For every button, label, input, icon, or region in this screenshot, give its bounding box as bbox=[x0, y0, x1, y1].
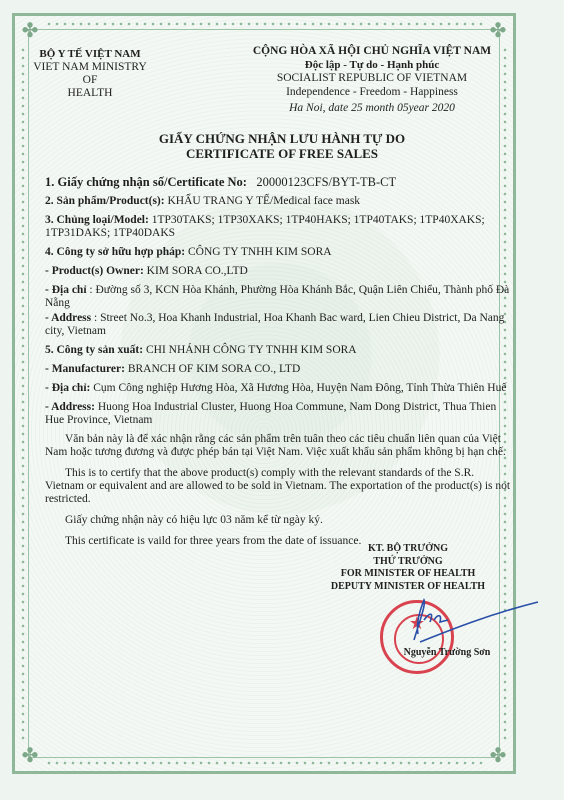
field-value: BRANCH OF KIM SORA CO., LTD bbox=[128, 363, 300, 375]
field-label: - Manufacturer: bbox=[45, 363, 125, 375]
field-label: 5. Công ty sản xuất: bbox=[45, 344, 143, 356]
issue-date: Ha Noi, date 25 month 05year 2020 bbox=[222, 102, 522, 116]
field-owner-address-vi: - Địa chỉ : Đường số 3, KCN Hòa Khánh, P… bbox=[45, 284, 515, 310]
field-label: - Address bbox=[45, 312, 91, 324]
validity-statement-vi: Giấy chứng nhận này có hiệu lực 03 năm k… bbox=[45, 514, 515, 527]
issuer-name-en-1: VIET NAM MINISTRY OF bbox=[30, 61, 150, 87]
field-model: 3. Chủng loại/Model: 1TP30TAKS; 1TP30XAK… bbox=[45, 214, 515, 240]
border-dots-bottom bbox=[45, 761, 483, 765]
field-label: 2. Sản phẩm/Product(s): bbox=[45, 195, 165, 207]
field-label: - Address: bbox=[45, 401, 95, 413]
field-value: 20000123CFS/BYT-TB-CT bbox=[256, 175, 396, 189]
field-owner-address-en: - Address : Street No.3, Hoa Khanh Indus… bbox=[45, 312, 515, 338]
signature-block: KT. BỘ TRƯỞNG THỨ TRƯỞNG FOR MINISTER OF… bbox=[318, 543, 498, 593]
issuer-header: BỘ Y TẾ VIỆT NAM VIET NAM MINISTRY OF HE… bbox=[30, 48, 150, 100]
handwritten-signature-icon bbox=[400, 590, 540, 650]
field-manufacturer-vi: 5. Công ty sản xuất: CHI NHÁNH CÔNG TY T… bbox=[45, 344, 515, 357]
motto-vi: Độc lập - Tự do - Hạnh phúc bbox=[222, 59, 522, 73]
field-manufacturer-address-vi: - Địa chỉ: Cụm Công nghiệp Hương Hòa, Xã… bbox=[45, 382, 515, 395]
field-certificate-no: 1. Giấy chứng nhận số/Certificate No: 20… bbox=[45, 176, 515, 189]
field-owner-en: - Product(s) Owner: KIM SORA CO.,LTD bbox=[45, 265, 515, 278]
field-value: KIM SORA CO.,LTD bbox=[147, 265, 248, 277]
field-label: 1. Giấy chứng nhận số/Certificate No: bbox=[45, 175, 247, 189]
issuer-name-vi: BỘ Y TẾ VIỆT NAM bbox=[30, 48, 150, 61]
certify-statement-en: This is to certify that the above produc… bbox=[45, 467, 515, 506]
field-manufacturer-en: - Manufacturer: BRANCH OF KIM SORA CO., … bbox=[45, 363, 515, 376]
title-en: CERTIFICATE OF FREE SALES bbox=[0, 146, 564, 161]
corner-ornament-icon: ✤ bbox=[17, 743, 43, 769]
field-value: Cụm Công nghiệp Hương Hòa, Xã Hương Hòa,… bbox=[93, 382, 506, 394]
field-label: 3. Chủng loại/Model: bbox=[45, 214, 149, 226]
title-vi: GIẤY CHỨNG NHẬN LƯU HÀNH TỰ DO bbox=[0, 131, 564, 146]
field-value: CHI NHÁNH CÔNG TY TNHH KIM SORA bbox=[146, 344, 357, 356]
field-value: KHẨU TRANG Y TẾ/Medical face mask bbox=[167, 195, 360, 207]
national-header: CỘNG HÒA XÃ HỘI CHỦ NGHĨA VIỆT NAM Độc l… bbox=[222, 45, 522, 116]
field-label: - Product(s) Owner: bbox=[45, 265, 144, 277]
country-name-en: SOCIALIST REPUBLIC OF VIETNAM bbox=[222, 72, 522, 86]
field-label: 4. Công ty sở hữu hợp pháp: bbox=[45, 246, 185, 258]
document-title: GIẤY CHỨNG NHẬN LƯU HÀNH TỰ DO CERTIFICA… bbox=[0, 131, 564, 161]
signature-title-2: THỨ TRƯỞNG bbox=[318, 556, 498, 569]
border-dots-top bbox=[45, 22, 483, 26]
signature-title-3: FOR MINISTER OF HEALTH bbox=[318, 568, 498, 581]
motto-en: Independence - Freedom - Happiness bbox=[222, 86, 522, 100]
certify-statement-vi: Văn bản này là để xác nhận rằng các sản … bbox=[45, 433, 515, 459]
signer-name: Nguyễn Trường Sơn bbox=[392, 647, 502, 658]
signature-title-1: KT. BỘ TRƯỞNG bbox=[318, 543, 498, 556]
certificate-body: 1. Giấy chứng nhận số/Certificate No: 20… bbox=[45, 176, 515, 554]
field-value: Huong Hoa Industrial Cluster, Huong Hoa … bbox=[45, 401, 496, 426]
corner-ornament-icon: ✤ bbox=[17, 18, 43, 44]
field-manufacturer-address-en: - Address: Huong Hoa Industrial Cluster,… bbox=[45, 401, 515, 427]
corner-ornament-icon: ✤ bbox=[485, 743, 511, 769]
corner-ornament-icon: ✤ bbox=[485, 18, 511, 44]
field-label: - Địa chỉ: bbox=[45, 382, 90, 394]
field-label: - Địa chỉ bbox=[45, 284, 87, 296]
field-value: : Street No.3, Hoa Khanh Industrial, Hoa… bbox=[45, 312, 504, 337]
country-name-vi: CỘNG HÒA XÃ HỘI CHỦ NGHĨA VIỆT NAM bbox=[222, 45, 522, 59]
field-owner-vi: 4. Công ty sở hữu hợp pháp: CÔNG TY TNHH… bbox=[45, 246, 515, 259]
issuer-name-en-2: HEALTH bbox=[30, 87, 150, 100]
field-product: 2. Sản phẩm/Product(s): KHẨU TRANG Y TẾ/… bbox=[45, 195, 515, 208]
field-value: : Đường số 3, KCN Hòa Khánh, Phường Hòa … bbox=[45, 284, 509, 309]
field-value: CÔNG TY TNHH KIM SORA bbox=[188, 246, 332, 258]
